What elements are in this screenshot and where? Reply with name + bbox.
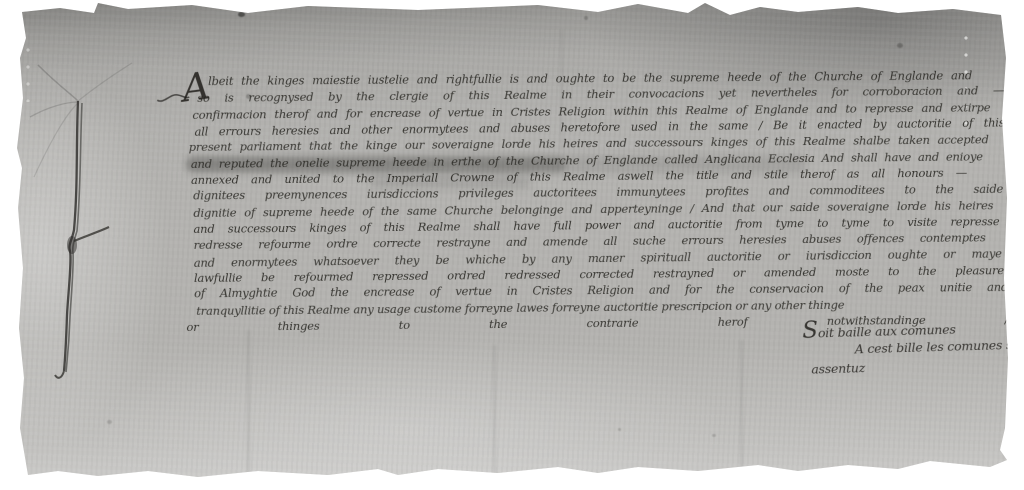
parchment-document: A lbeit the kinges maiestie iustelie and… [0, 0, 1024, 490]
stain-speck [107, 420, 112, 424]
fold-crease [247, 330, 250, 475]
stain-speck [618, 428, 621, 431]
fold-crease [740, 340, 743, 475]
manuscript-text-block: A lbeit the kinges maiestie iustelie and… [184, 66, 1008, 335]
sealing-cord [28, 55, 138, 390]
stain-speck [712, 434, 716, 437]
stain-speck [238, 12, 245, 17]
stain-speck [584, 16, 588, 20]
stain-speck [897, 43, 903, 48]
clerk-endorsement-block: Soit baille aux comunes A cest bille les… [796, 316, 1010, 379]
photograph-of-manuscript: A lbeit the kinges maiestie iustelie and… [0, 0, 1024, 490]
fold-crease [493, 345, 496, 475]
